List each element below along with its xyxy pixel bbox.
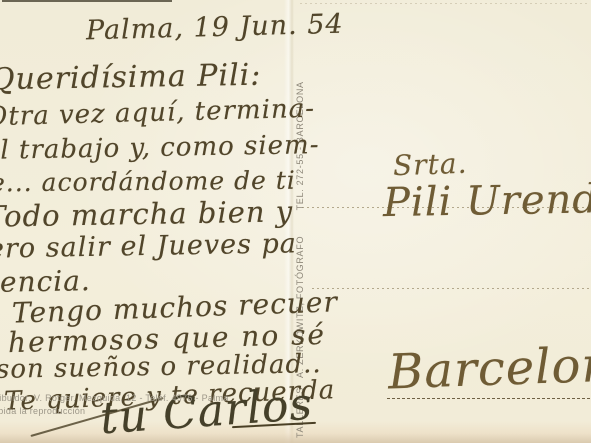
message-line: el trabajo y, como siem- bbox=[0, 130, 320, 166]
distributor-printed-line: ribuidor: V. Rotger, Mezquida, 12 - Telé… bbox=[0, 393, 229, 403]
address-salutation: Srta. bbox=[392, 147, 468, 183]
message-line: e... acordándome de ti bbox=[0, 166, 296, 198]
message-line: ero salir el Jueves pa bbox=[0, 228, 297, 264]
top-faint-dotted-line bbox=[300, 2, 589, 4]
card-top-edge-shadow bbox=[2, 0, 172, 2]
message-line: Todo marcha bien y bbox=[0, 194, 293, 233]
copyright-printed-line: ibida la reproducción bbox=[0, 406, 85, 416]
message-line: Queridísima Pili: bbox=[0, 58, 262, 98]
address-city: Barcelona bbox=[387, 336, 591, 401]
date-line: Palma, 19 Jun. 54 bbox=[86, 9, 344, 47]
address-name: Pili Urenda bbox=[383, 176, 591, 226]
postcard-back-scan: TALLERES A. ZERKOWITZ, FOTÓGRAFO TEL. 27… bbox=[0, 0, 591, 443]
message-line: Otra vez aquí, termina- bbox=[0, 94, 315, 133]
address-dotted-line-2 bbox=[312, 287, 591, 289]
